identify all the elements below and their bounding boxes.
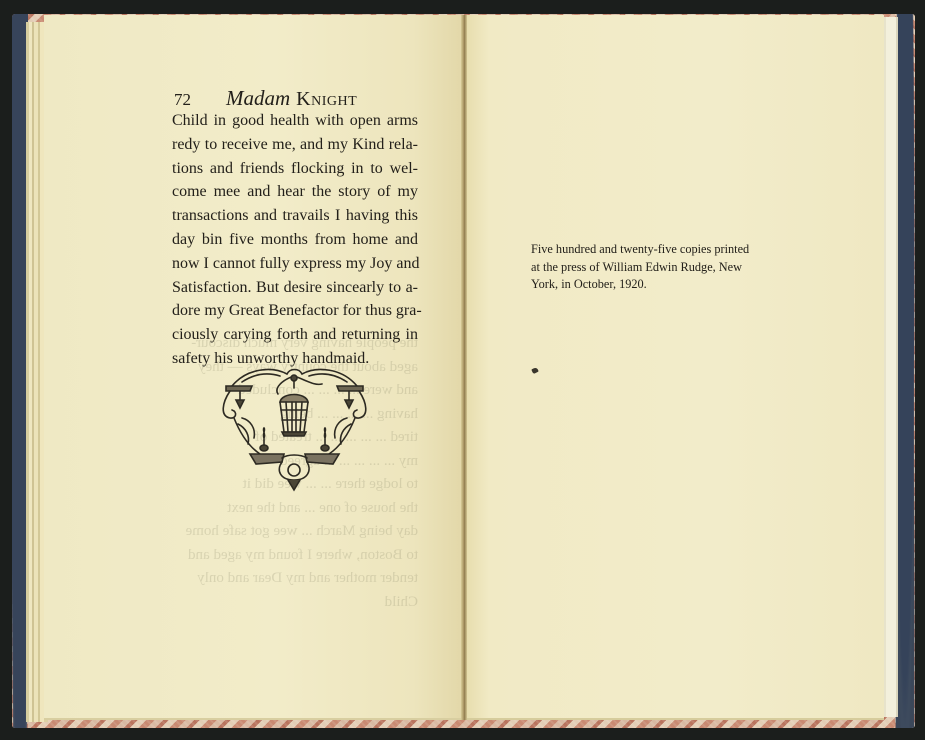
bleed-line: day being March ... wee got safe home	[156, 520, 418, 544]
book-photo: the people having very much discour- age…	[0, 0, 925, 740]
colophon-line: Five hundred and twenty-five copies prin…	[531, 241, 761, 259]
text-line: transactions and travails I having this	[172, 204, 418, 228]
running-head-caps: Knight	[296, 88, 357, 111]
text-line: come mee and hear the story of my	[172, 180, 418, 204]
colophon: Five hundred and twenty-five copies prin…	[531, 241, 761, 294]
right-page	[464, 15, 884, 720]
text-line: dore my Great Benefactor for thus gra-	[172, 299, 418, 323]
colophon-line: York, in October, 1920.	[531, 276, 761, 294]
flyleaf-edge	[884, 17, 898, 717]
cover-right-edge	[895, 14, 915, 728]
bleed-line: tender mother and my Dear and only	[156, 567, 418, 591]
gutter	[461, 15, 467, 720]
colophon-line: at the press of William Edwin Rudge, New	[531, 259, 761, 277]
text-line: ciously carying forth and returning in	[172, 323, 418, 347]
running-head-italic: Madam	[226, 86, 290, 111]
text-line: Satisfaction. But desire sincearly to a-	[172, 276, 418, 300]
text-line: Child in good health with open arms	[172, 109, 418, 133]
text-line: tions and friends flocking in to wel-	[172, 157, 418, 181]
text-line: redy to receive me, and my Kind rela-	[172, 133, 418, 157]
running-head: 72 Madam Knight	[174, 86, 434, 110]
text-line: day bin five months from home and	[172, 228, 418, 252]
body-text: Child in good health with open arms redy…	[172, 109, 418, 371]
bleed-line: Child	[156, 591, 418, 615]
bleed-line: the house of one ... and the next	[156, 497, 418, 521]
page-number: 72	[174, 90, 226, 110]
birdcage-ornament-icon	[212, 358, 377, 493]
text-line: now I cannot fully express my Joy and	[172, 252, 418, 276]
bleed-line: to Boston, where I found my aged and	[156, 544, 418, 568]
